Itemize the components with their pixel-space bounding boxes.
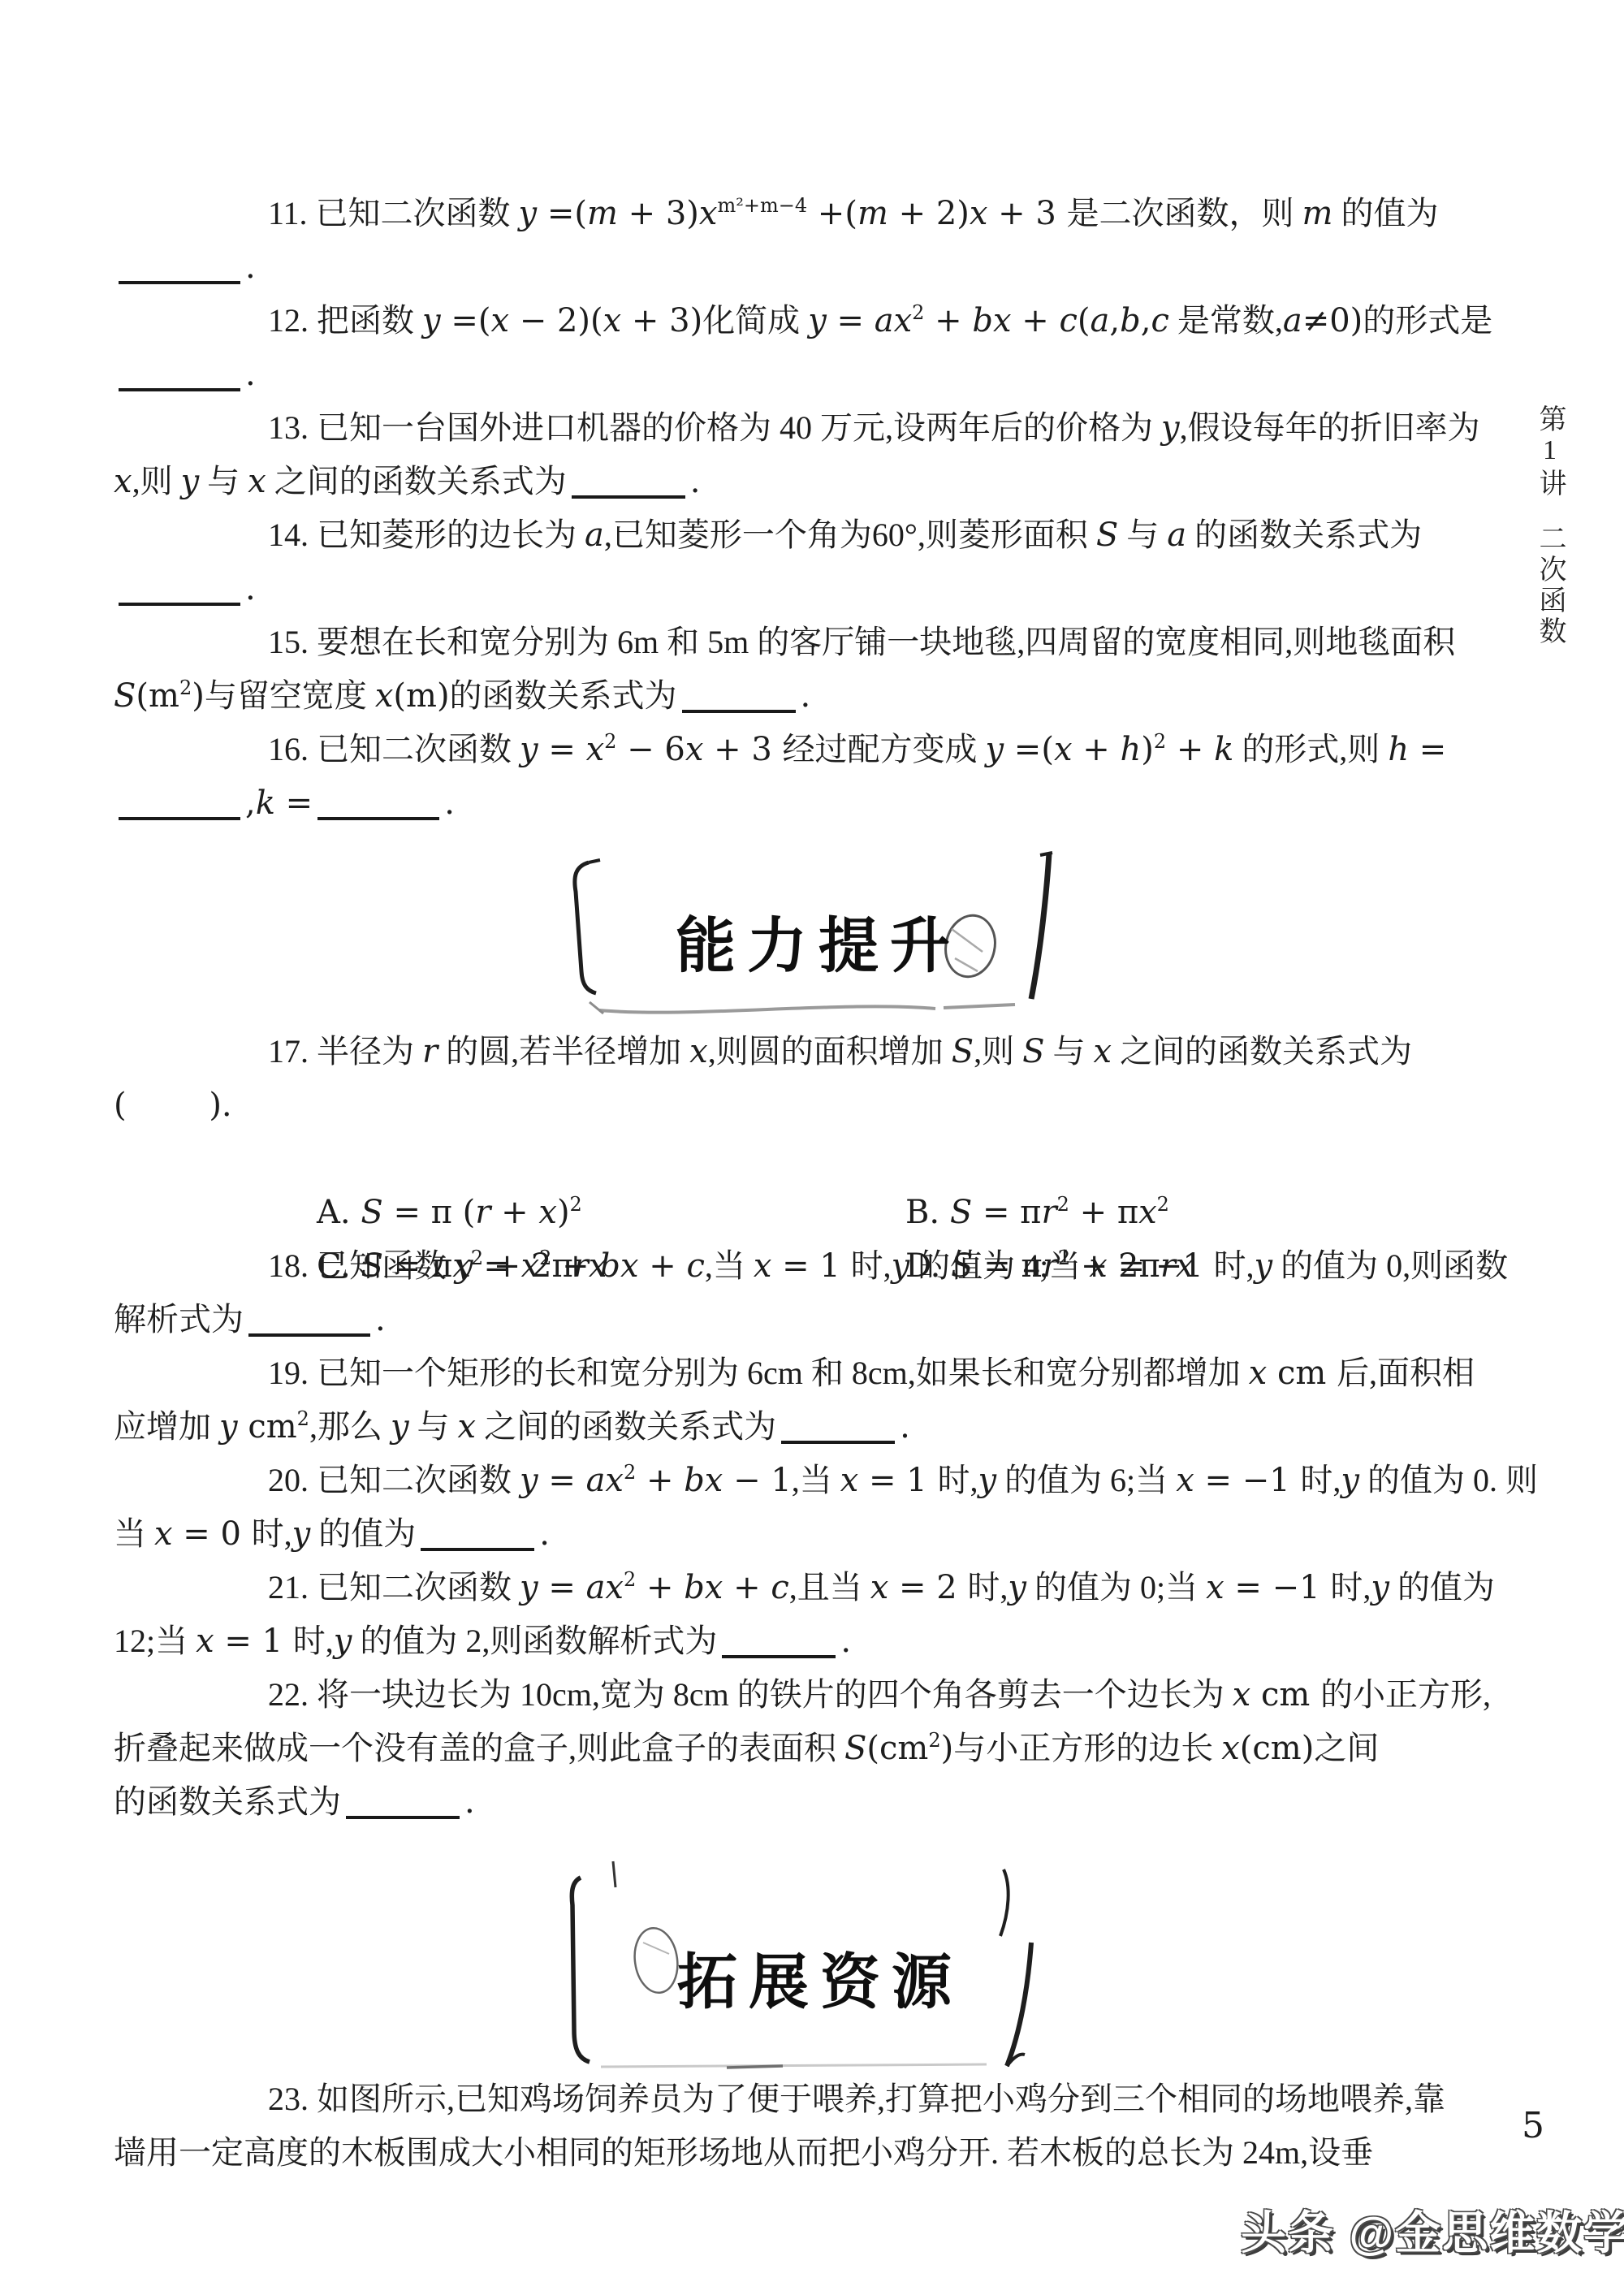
text-segment: c <box>1151 302 1168 339</box>
text-segment: y <box>1254 1247 1272 1285</box>
text-segment: y <box>1008 1569 1026 1606</box>
text-segment: y <box>808 302 827 339</box>
fill-in-blank <box>119 817 240 820</box>
text-segment: 14. 已知菱形的边长为 <box>268 516 585 553</box>
text-segment: 12. 把函数 <box>268 302 422 339</box>
text-segment: = <box>827 302 875 339</box>
text-segment: ,且当 <box>789 1569 870 1606</box>
section-title-ability: 能力提升 <box>575 898 1062 984</box>
fill-in-blank <box>119 281 240 284</box>
text-segment: + 3) <box>618 195 699 232</box>
text-segment: 的值为 <box>310 1515 416 1552</box>
fill-in-blank <box>119 388 240 391</box>
text-segment: ( ). <box>114 1087 232 1124</box>
text-segment: 12;当 <box>114 1623 196 1659</box>
text-segment: . <box>900 1408 910 1446</box>
text-segment: 时, <box>851 1247 892 1284</box>
text-segment: = π ( <box>383 1194 476 1231</box>
problem-21-line-1: 21. 已知二次函数 y = ax2 + bx + c,且当 x = 2 时,y… <box>114 1561 1478 1614</box>
text-segment: 之间的函数关系式为 <box>476 1408 776 1445</box>
text-segment: 化简成 <box>702 302 808 339</box>
text-segment: 的小正方形, <box>1320 1676 1491 1713</box>
text-segment: bx <box>684 1569 723 1606</box>
text-segment: y <box>1161 409 1180 447</box>
text-segment: B. <box>905 1194 950 1231</box>
text-segment: + 3 <box>703 731 782 768</box>
text-segment: x <box>699 195 718 232</box>
text-segment: 的函数关系式为 <box>450 677 677 714</box>
text-segment: 与小正方形的边长 <box>953 1730 1221 1766</box>
text-segment: 17. 半径为 <box>268 1033 422 1070</box>
fill-in-blank <box>119 603 240 606</box>
text-segment: ,那么 <box>309 1408 391 1445</box>
text-segment: y <box>422 302 441 339</box>
text-segment: y <box>978 1462 996 1499</box>
problem-17-line-2: ( ). <box>114 1078 1478 1132</box>
text-segment: = 1 <box>771 1247 850 1285</box>
text-segment: = 2 <box>888 1569 967 1606</box>
sidebar-topic-label: 二次函数 <box>1535 524 1565 647</box>
text-segment: (cm) <box>1240 1730 1315 1767</box>
problems-column: 11. 已知二次函数 y =(m + 3)xm²+m−4 +(m + 2)x +… <box>114 187 1478 2180</box>
text-segment: 时, <box>1330 1569 1371 1606</box>
problem-17-line-1: 17. 半径为 r 的圆,若半径增加 x,则圆的面积增加 S,则 S 与 x 之… <box>114 1025 1478 1078</box>
text-segment: (cm <box>866 1730 928 1767</box>
text-segment: c <box>1060 302 1078 339</box>
text-segment: 后,面积相 <box>1337 1355 1475 1391</box>
text-segment: x <box>1233 1676 1251 1714</box>
fill-in-blank <box>248 1333 370 1337</box>
fill-in-blank <box>317 817 439 820</box>
text-segment: m <box>857 195 888 232</box>
text-segment: x <box>114 463 132 500</box>
problem-23-line-1: 23. 如图所示,已知鸡场饲养员为了便于喂养,打算把小鸡分到三个相同的场地喂养,… <box>114 2072 1478 2126</box>
text-segment: y <box>520 1569 538 1606</box>
text-segment: 18. 已知函数 <box>268 1247 455 1284</box>
problem-15-line-2: S(m2)与留空宽度 x(m)的函数关系式为. <box>114 669 1478 723</box>
text-segment: bx <box>972 302 1011 339</box>
text-segment: . <box>245 570 256 607</box>
superscript: 2 <box>624 1461 636 1484</box>
option-B: B. S = πr2 + πx2 <box>905 1194 1169 1230</box>
text-segment: ( <box>1078 302 1091 339</box>
problem-16-line-1: 16. 已知二次函数 y = x2 − 6x + 3 经过配方变成 y =(x … <box>114 723 1478 776</box>
superscript: 2 <box>1058 1247 1070 1269</box>
problem-21-line-2: 12;当 x = 1 时,y 的值为 2,则函数解析式为. <box>114 1614 1478 1668</box>
text-segment: x <box>1089 1247 1108 1285</box>
text-segment: + 2) <box>888 195 970 232</box>
problem-22-line-3: 的函数关系式为. <box>114 1775 1478 1829</box>
text-segment: b <box>1120 302 1141 339</box>
text-segment: + <box>1166 731 1214 768</box>
text-segment: h <box>1120 731 1141 768</box>
text-segment: . <box>464 1783 475 1821</box>
superscript: 2 <box>1157 1193 1169 1216</box>
text-segment: = −1 <box>1108 1247 1214 1285</box>
superscript: 2 <box>179 676 192 699</box>
superscript: 2 <box>1057 1193 1069 1216</box>
text-segment: ,已知菱形一个角为60°,则菱形面积 <box>604 516 1096 553</box>
text-segment: S <box>844 1730 866 1767</box>
problem-15-line-1: 15. 要想在长和宽分别为 6m 和 5m 的客厅铺一块地毯,四周留的宽度相同,… <box>114 616 1478 669</box>
text-segment: 20. 已知二次函数 <box>268 1462 520 1498</box>
text-segment: m <box>587 195 618 232</box>
text-segment: x <box>754 1247 772 1285</box>
text-segment: 折叠起来做成一个没有盖的盒子,则此盒子的表面积 <box>114 1730 844 1766</box>
worksheet-page: 11. 已知二次函数 y =(m + 3)xm²+m−4 +(m + 2)x +… <box>0 0 1624 2269</box>
text-segment: x <box>248 463 266 500</box>
text-segment: 的值为 0;当 <box>1026 1569 1206 1606</box>
text-segment: r <box>475 1194 490 1231</box>
text-segment: x <box>685 731 704 768</box>
text-segment: x <box>538 1194 557 1231</box>
text-segment: + <box>551 1247 599 1285</box>
text-segment: y <box>391 1408 409 1446</box>
text-segment: y <box>892 1247 910 1285</box>
superscript: 2 <box>297 1407 309 1430</box>
problem-14-line-1: 14. 已知菱形的边长为 a,已知菱形一个角为60°,则菱形面积 S 与 a 的… <box>114 508 1478 562</box>
problem-14-line-2: . <box>114 562 1478 616</box>
superscript: 2 <box>471 1247 483 1269</box>
problem-13-line-1: 13. 已知一台国外进口机器的价格为 40 万元,设两年后的价格为 y,假设每年… <box>114 401 1478 455</box>
text-segment: . <box>801 677 811 715</box>
text-segment: (m) <box>393 677 449 715</box>
fill-in-blank <box>682 710 796 713</box>
text-segment: x <box>375 677 394 715</box>
text-segment: x <box>970 195 988 232</box>
text-segment: 与留空宽度 <box>205 677 375 714</box>
watermark: 头条 @金思维数学 <box>1241 2198 1624 2263</box>
superscript: 2 <box>604 730 616 753</box>
sidebar-gap <box>1549 499 1550 524</box>
text-segment: y <box>519 195 538 232</box>
text-segment: 11. 已知二次函数 <box>268 195 519 231</box>
text-segment: r <box>422 1033 438 1070</box>
problem-23-line-2: 墙用一定高度的木板围成大小相同的矩形场地从而把小鸡分开. 若木板的总长为 24m… <box>114 2126 1478 2180</box>
text-segment: r <box>1041 1194 1056 1231</box>
text-segment: 之间的函数关系式为 <box>266 463 567 499</box>
text-segment: S <box>1022 1033 1044 1070</box>
text-segment: y <box>520 731 538 768</box>
text-segment: . <box>539 1515 550 1553</box>
text-segment: + <box>1012 302 1060 339</box>
text-segment: x <box>490 302 509 339</box>
text-segment: x <box>586 731 605 768</box>
text-segment: 的值为 0. 则 <box>1359 1462 1538 1498</box>
text-segment: x <box>458 1408 477 1446</box>
text-segment: 16. 已知二次函数 <box>268 731 520 767</box>
text-segment: 应增加 <box>114 1408 219 1445</box>
text-segment: x <box>1206 1569 1224 1606</box>
text-segment: ,则圆的面积增加 <box>708 1033 952 1070</box>
text-segment: + <box>1073 731 1121 768</box>
fill-in-blank <box>346 1816 460 1819</box>
text-segment: x <box>1054 731 1073 768</box>
text-segment: ) <box>192 677 205 715</box>
text-segment: x <box>1176 1462 1194 1499</box>
text-segment: x <box>840 1462 859 1499</box>
text-segment: + π <box>1069 1194 1138 1231</box>
text-segment: = <box>275 784 313 822</box>
text-segment: S <box>952 1033 974 1070</box>
text-segment: 21. 已知二次函数 <box>268 1569 520 1606</box>
text-segment: y <box>334 1623 352 1660</box>
problem-12-line-2: . <box>114 348 1478 401</box>
superscript: 2 <box>912 301 924 324</box>
text-segment: bx <box>599 1247 638 1285</box>
fill-in-blank <box>722 1655 836 1658</box>
text-segment: y <box>181 463 200 500</box>
text-segment: + 3) <box>621 302 702 339</box>
text-segment: x <box>1138 1194 1157 1231</box>
text-segment: 时, <box>967 1569 1008 1606</box>
text-segment: ,当 <box>705 1247 754 1284</box>
text-segment: c <box>771 1569 788 1606</box>
text-segment: a <box>1283 302 1302 339</box>
text-segment: 的值为 <box>1389 1569 1495 1606</box>
text-segment: 当 <box>114 1515 154 1552</box>
text-segment: ) <box>557 1194 570 1231</box>
superscript: 2 <box>624 1568 636 1591</box>
text-segment: x <box>521 1247 540 1285</box>
text-segment: 与 <box>1045 1033 1094 1070</box>
text-segment: 的函数关系式为 <box>114 1783 341 1820</box>
text-segment: cm <box>238 1408 297 1446</box>
text-segment: S <box>361 1194 382 1231</box>
superscript: 2 <box>539 1247 551 1269</box>
text-segment: x <box>1221 1730 1240 1767</box>
text-segment: S <box>1096 516 1118 554</box>
text-segment: . <box>375 1301 386 1338</box>
text-segment: A. <box>317 1194 361 1231</box>
text-segment: 的值为 6;当 <box>996 1462 1176 1498</box>
text-segment: k <box>256 784 275 822</box>
text-segment: = π <box>972 1194 1041 1231</box>
text-segment: ,假设每年的折旧率为 <box>1180 409 1480 446</box>
text-segment: = 0 <box>173 1515 252 1553</box>
text-segment: ,则 <box>132 463 181 499</box>
text-segment: ,当 <box>792 1462 840 1498</box>
section-title-resources: 拓展资源 <box>577 1934 1064 2020</box>
text-segment: ) <box>1141 731 1154 768</box>
problem-22-line-2: 折叠起来做成一个没有盖的盒子,则此盒子的表面积 S(cm2)与小正方形的边长 x… <box>114 1722 1478 1775</box>
text-segment: ax <box>586 1462 624 1499</box>
problem-18-line-2: 解析式为. <box>114 1293 1478 1346</box>
text-segment: y <box>985 731 1004 768</box>
text-segment: . <box>444 784 455 822</box>
text-segment: 时, <box>293 1623 334 1659</box>
text-segment: x <box>1249 1355 1268 1392</box>
text-segment: ≠0) <box>1302 302 1363 339</box>
text-segment: cm <box>1250 1676 1320 1714</box>
text-segment: 与 <box>199 463 248 499</box>
text-segment: x <box>1094 1033 1112 1070</box>
superscript: 2 <box>570 1193 582 1216</box>
text-segment: 时, <box>937 1462 978 1498</box>
text-segment: 与 <box>1118 516 1167 553</box>
text-segment: 时, <box>252 1515 292 1552</box>
problem-19-line-1: 19. 已知一个矩形的长和宽分别为 6cm 和 8cm,如果长和宽分别都增加 x… <box>114 1346 1478 1400</box>
text-segment: a <box>585 516 604 554</box>
text-segment: − 1 <box>723 1462 791 1499</box>
text-segment: (m <box>136 677 179 715</box>
text-segment: + 3 <box>987 195 1066 232</box>
superscript: m²+m−4 <box>717 194 807 217</box>
problem-20-line-2: 当 x = 0 时,y 的值为. <box>114 1507 1478 1561</box>
problem-17-option-row-1: A. S = π (r + x)2B. S = πr2 + πx2 <box>114 1132 1478 1186</box>
text-segment: k <box>1214 731 1233 768</box>
fill-in-blank <box>781 1441 895 1444</box>
text-segment: = <box>538 1569 586 1606</box>
fill-in-blank <box>572 495 685 499</box>
text-segment: . <box>840 1623 851 1660</box>
sidebar-chapter-label: 第1讲 <box>1535 404 1565 499</box>
text-segment: ) <box>941 1730 954 1767</box>
text-segment: h <box>1388 731 1409 768</box>
page-number: 5 <box>1522 2105 1544 2146</box>
text-segment: S <box>114 677 136 715</box>
problem-19-line-2: 应增加 y cm2,那么 y 与 x 之间的函数关系式为. <box>114 1400 1478 1454</box>
text-segment: S <box>950 1194 972 1231</box>
text-segment: 13. 已知一台国外进口机器的价格为 40 万元,设两年后的价格为 <box>268 409 1161 446</box>
text-segment: 的圆,若半径增加 <box>438 1033 689 1070</box>
text-segment: x <box>154 1515 173 1553</box>
text-segment: 22. 将一块边长为 10cm,宽为 8cm 的铁片的四个角各剪去一个边长为 <box>268 1676 1233 1713</box>
problem-20-line-1: 20. 已知二次函数 y = ax2 + bx − 1,当 x = 1 时,y … <box>114 1454 1478 1507</box>
text-segment: y <box>292 1515 311 1553</box>
text-segment: ax <box>586 1569 624 1606</box>
problem-11-line-1: 11. 已知二次函数 y =(m + 3)xm²+m−4 +(m + 2)x +… <box>114 187 1478 240</box>
chapter-sidebar: 第1讲二次函数 <box>1530 404 1570 647</box>
text-segment: 的函数关系式为 <box>1186 516 1422 553</box>
text-segment: . <box>245 249 256 286</box>
text-segment: − 6 <box>616 731 685 768</box>
text-segment: + <box>490 1194 538 1231</box>
text-segment: 时, <box>1300 1462 1341 1498</box>
text-segment: = 1 <box>858 1462 937 1499</box>
text-segment: 与 <box>409 1408 458 1445</box>
superscript: 2 <box>928 1729 940 1752</box>
text-segment: + <box>636 1569 684 1606</box>
text-segment: = −1 <box>1194 1462 1301 1499</box>
text-segment: 的形式,则 <box>1233 731 1388 767</box>
text-segment: + <box>723 1569 771 1606</box>
text-segment: 之间 <box>1314 1730 1379 1766</box>
text-segment: =( <box>1004 731 1054 768</box>
text-segment: bx <box>684 1462 723 1499</box>
problem-18-line-1: 18. 已知函数 y = x2 + bx + c,当 x = 1 时,y 的值为… <box>114 1239 1478 1293</box>
problem-13-line-2: x,则 y 与 x 之间的函数关系式为. <box>114 455 1478 508</box>
text-segment: x <box>870 1569 889 1606</box>
problem-11-line-2: . <box>114 240 1478 294</box>
text-segment: 经过配方变成 <box>782 731 985 767</box>
text-segment: 是常数, <box>1169 302 1283 339</box>
text-segment: m <box>1302 195 1333 232</box>
problem-12-line-1: 12. 把函数 y =(x − 2)(x + 3)化简成 y = ax2 + b… <box>114 294 1478 348</box>
text-segment: , <box>1141 302 1151 339</box>
text-segment: y <box>219 1408 238 1446</box>
text-segment: +( <box>807 195 857 232</box>
text-segment: . <box>690 463 701 500</box>
text-segment: 之间的函数关系式为 <box>1112 1033 1412 1070</box>
text-segment: = <box>1409 731 1446 768</box>
fill-in-blank <box>421 1548 534 1551</box>
text-segment: = 1 <box>214 1623 293 1660</box>
text-segment: , <box>245 784 256 822</box>
text-segment: 解析式为 <box>114 1301 244 1338</box>
text-segment: y <box>1341 1462 1359 1499</box>
text-segment: cm <box>1267 1355 1337 1392</box>
problem-16-line-2: ,k =. <box>114 776 1478 830</box>
text-segment: + <box>639 1247 687 1285</box>
text-segment: ,则 <box>974 1033 1022 1070</box>
option-A: A. S = π (r + x)2 <box>317 1186 905 1243</box>
problem-22-line-1: 22. 将一块边长为 10cm,宽为 8cm 的铁片的四个角各剪去一个边长为 x… <box>114 1668 1478 1722</box>
text-segment: = −1 <box>1224 1569 1331 1606</box>
text-segment: = <box>538 1462 586 1499</box>
text-segment: , <box>1109 302 1120 339</box>
text-segment: 墙用一定高度的木板围成大小相同的矩形场地从而把小鸡分开. 若木板的总长为 24m… <box>114 2134 1373 2171</box>
text-segment: = <box>538 731 586 768</box>
text-segment: + <box>924 302 972 339</box>
text-segment: y <box>1371 1569 1389 1606</box>
text-segment: . <box>245 356 256 393</box>
section-header-ability: 能力提升 <box>114 830 1478 1025</box>
text-segment: ax <box>875 302 912 339</box>
text-segment: − 2)( <box>509 302 603 339</box>
text-segment: 23. 如图所示,已知鸡场饲养员为了便于喂养,打算把小鸡分到三个相同的场地喂养,… <box>268 2081 1445 2117</box>
text-segment: x <box>689 1033 708 1070</box>
text-segment: 19. 已知一个矩形的长和宽分别为 6cm 和 8cm,如果长和宽分别都增加 <box>268 1355 1249 1391</box>
text-segment: + <box>636 1462 684 1499</box>
text-segment: 时, <box>1213 1247 1254 1284</box>
text-segment: x <box>603 302 622 339</box>
text-segment: 15. 要想在长和宽分别为 6m 和 5m 的客厅铺一块地毯,四周留的宽度相同,… <box>268 624 1455 660</box>
text-segment: y <box>520 1462 538 1499</box>
text-segment: 的值为 0,则函数 <box>1272 1247 1508 1284</box>
text-segment: c <box>686 1247 704 1285</box>
text-segment: 的值为 2,则函数解析式为 <box>352 1623 717 1659</box>
text-segment: a <box>1091 302 1110 339</box>
superscript: 2 <box>1154 730 1166 753</box>
text-segment: 是二次函数，则 <box>1067 195 1302 231</box>
text-segment: =( <box>537 195 587 232</box>
text-segment: a <box>1167 516 1186 554</box>
text-segment: 的形式是 <box>1363 302 1492 339</box>
section-header-resources: 拓展资源 <box>114 1829 1478 2072</box>
text-segment: x <box>196 1623 214 1660</box>
text-segment: 的值为 <box>1332 195 1438 231</box>
text-segment: =( <box>441 302 491 339</box>
